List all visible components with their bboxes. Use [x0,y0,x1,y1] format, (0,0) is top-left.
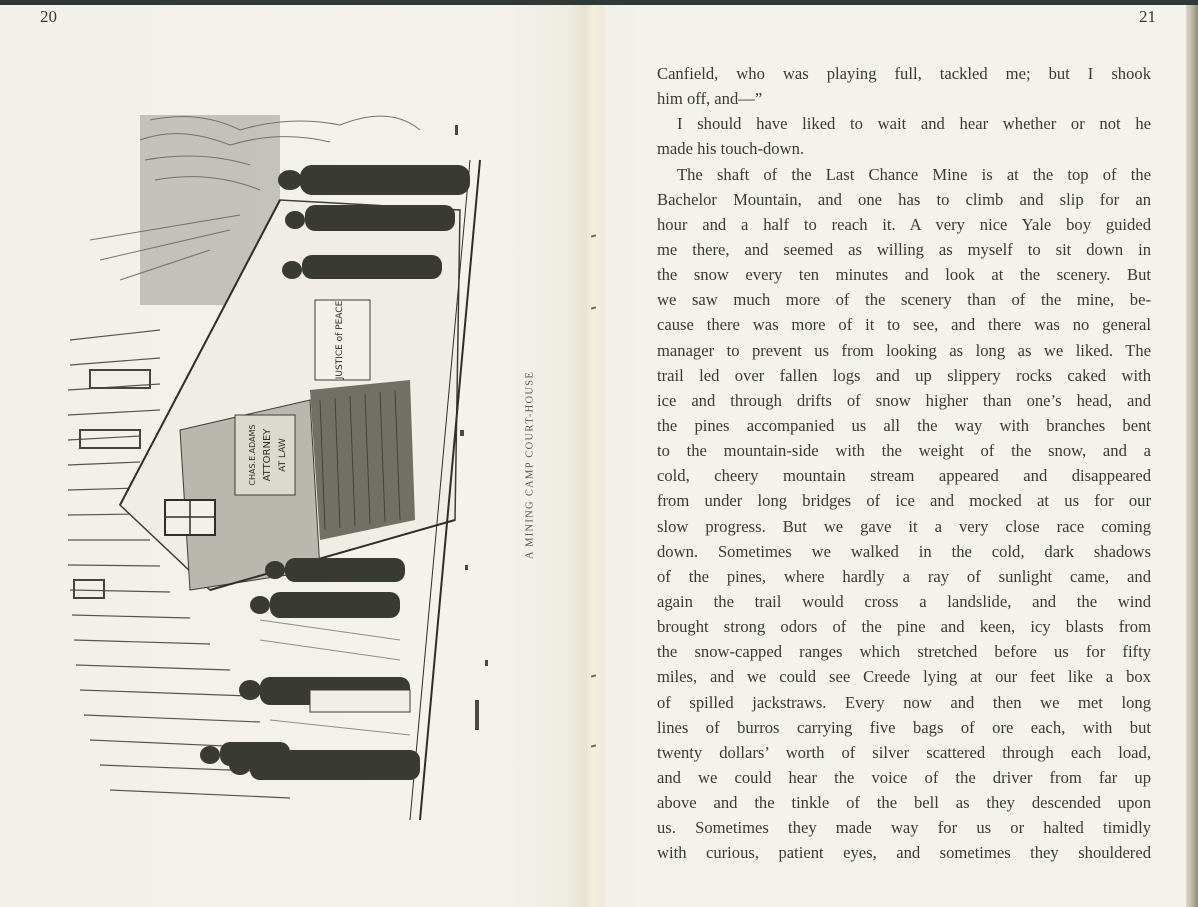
text-line: and we could hear the voice of the drive… [657,765,1151,790]
text-line: from under long bridges of ice and mocke… [657,488,1151,513]
svg-text:AT LAW: AT LAW [278,438,288,472]
text-line: the snow every ten minutes and look at t… [657,262,1151,287]
page-number-right: 21 [1139,7,1156,27]
text-line: cold, cheery mountain stream appeared an… [657,463,1151,488]
text-line: the snow-capped ranges which stretched b… [657,639,1151,664]
text-line: twenty dollars’ worth of silver scattere… [657,740,1151,765]
text-line: with curious, patient eyes, and sometime… [657,840,1151,865]
text-line: hour and a half to reach it. A very nice… [657,212,1151,237]
courthouse-illustration: JUSTICE of PEACE CHAS.E.ADAMS ATTORNEY A… [60,100,500,850]
text-line: cause there was more of it to see, and t… [657,312,1151,337]
svg-text:CHAS.E.ADAMS: CHAS.E.ADAMS [248,424,257,485]
gutter-mark [591,306,596,309]
left-page: 20 [0,5,586,907]
text-line: me there, and seemed as willing as mysel… [657,237,1151,262]
svg-text:ATTORNEY: ATTORNEY [262,428,273,482]
book-spread: 20 [0,5,1198,907]
text-line: slow progress. But we gave it a very clo… [657,514,1151,539]
text-line: above and the tinkle of the bell as they… [657,790,1151,815]
text-line: of spilled jackstraws. Every now and the… [657,690,1151,715]
gutter-mark [591,674,596,677]
text-line: again the trail would cross a landslide,… [657,589,1151,614]
text-line: I should have liked to wait and hear whe… [657,111,1151,136]
text-line: us. Sometimes they made way for us or ha… [657,815,1151,840]
right-page: 21 Canfield, who was playing full, tackl… [604,5,1186,907]
text-line: him off, and—” [657,86,1151,111]
text-line: to the mountain-side with the weight of … [657,438,1151,463]
text-line: brought strong odors of the pine and kee… [657,614,1151,639]
text-line: made his touch-down. [657,136,1151,161]
text-line: The shaft of the Last Chance Mine is at … [657,162,1151,187]
text-line: Canfield, who was playing full, tackled … [657,61,1151,86]
body-text: Canfield, who was playing full, tackled … [657,61,1151,866]
text-line: of the pines, where hardly a ray of sunl… [657,564,1151,589]
text-line: ice and through drifts of snow higher th… [657,388,1151,413]
text-line: Bachelor Mountain, and one has to climb … [657,187,1151,212]
text-line: lines of burros carrying five bags of or… [657,715,1151,740]
text-line: the pines accompanied us all the way wit… [657,413,1151,438]
illustration-caption: A MINING CAMP COURT-HOUSE [525,371,536,559]
page-number-left: 20 [40,7,57,27]
gutter-mark [591,744,596,747]
justice-sign-text: JUSTICE of PEACE [335,300,345,380]
text-line: miles, and we could see Creede lying at … [657,664,1151,689]
page-edge [1186,5,1198,907]
text-line: down. Sometimes we walked in the cold, d… [657,539,1151,564]
text-line: manager to prevent us from looking as lo… [657,338,1151,363]
gutter-mark [591,234,596,237]
book-gutter [586,5,604,907]
text-line: trail led over fallen logs and up slippe… [657,363,1151,388]
text-line: we saw much more of the scenery than of … [657,287,1151,312]
